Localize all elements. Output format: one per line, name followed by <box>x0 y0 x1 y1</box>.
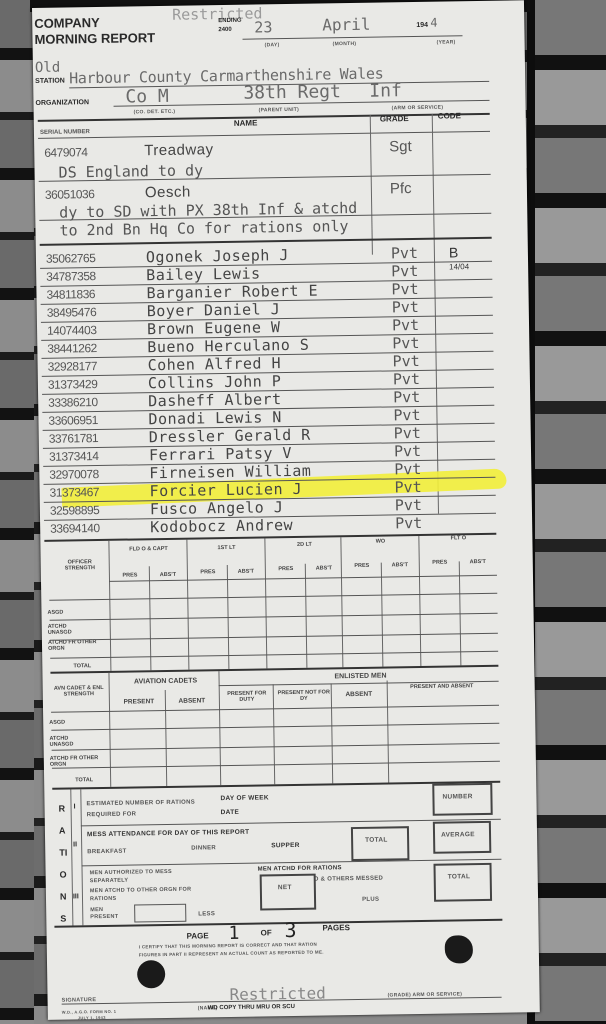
officer_strength-subcols-0: PRES <box>421 559 459 566</box>
officer_strength-subcols-1: ABS'T <box>459 559 497 566</box>
report-day: 23 <box>254 18 272 36</box>
roster-7-name: Collins John P <box>148 372 282 392</box>
of-label: OF <box>260 928 271 937</box>
parent-unit-caption: (PARENT UNIT) <box>259 107 300 114</box>
officer-group-header: 1ST LT <box>188 544 264 551</box>
roster-3-serial: 38495476 <box>47 305 97 320</box>
roster-8-grade: Pvt <box>393 388 420 406</box>
roster-6-name: Cohen Alfred H <box>147 354 281 374</box>
rations-net_box: NET <box>262 884 292 891</box>
soldier-grade: Pfc <box>390 180 412 197</box>
arm-value: Inf <box>369 80 402 102</box>
roster-7-grade: Pvt <box>393 370 420 388</box>
roster-10-grade: Pvt <box>394 424 421 442</box>
roster-8-name: Dasheff Albert <box>148 390 282 410</box>
page-label: PAGE <box>187 931 209 940</box>
roster-6-grade: Pvt <box>392 352 419 370</box>
pages-label: PAGES <box>322 923 350 932</box>
enlisted_strength-cols-5: PRESENT AND ABSENT <box>389 683 495 691</box>
roster-6-serial: 32928177 <box>48 359 98 374</box>
rations-average_box: AVERAGE <box>435 831 475 839</box>
roster-3-grade: Pvt <box>392 298 419 316</box>
roster-1-code: 14/04 <box>449 262 469 271</box>
enlisted_strength-cols-1: ABSENT <box>165 697 219 705</box>
enlisted_strength-cols-3: PRESENT NOT FOR DY <box>275 689 333 702</box>
enlisted_strength-rows-1: ATCHD UNASGD <box>49 735 89 748</box>
roster-13-serial: 31373467 <box>50 485 100 500</box>
enlisted-men-header: ENLISTED MEN <box>223 671 499 682</box>
form-date: JULY 1, 1943 <box>78 1015 106 1020</box>
total-box-2[interactable]: TOTAL <box>433 863 492 902</box>
rations-breakfast: BREAKFAST <box>87 849 126 856</box>
serial-number: 6479074 <box>44 145 87 160</box>
rations-side-label: RATIONS <box>58 798 68 930</box>
remark-entry: 6479074 Treadway Sgt <box>44 139 494 164</box>
officer_strength-subcols-1: ABS'T <box>305 565 343 572</box>
enlisted-strength-label: AVN CADET & ENL STRENGTH <box>51 685 107 698</box>
roster-4-serial: 14074403 <box>47 323 97 338</box>
enlisted_strength-rows-2: ATCHD FR OTHER ORGN <box>50 755 100 768</box>
net-box[interactable]: NET <box>260 874 317 911</box>
soldier-name: Oesch <box>145 184 191 202</box>
report-month: April <box>322 15 370 35</box>
rations-less: LESS <box>198 911 215 917</box>
officer_strength-subcols-1: ABS'T <box>149 572 187 579</box>
row-label-atchd-fr-other: ATCHD FR OTHER ORGN <box>48 639 98 652</box>
officer_strength-subcols-0: PRES <box>111 572 149 579</box>
year-caption: (YEAR) <box>437 39 456 45</box>
certification-text-2: FIGURES IN PART II REPRESENT AN ACTUAL C… <box>139 950 324 958</box>
grade-caption: (GRADE) ARM OR SERVICE) <box>388 991 463 998</box>
officer-group-header: WO <box>342 538 418 545</box>
page-total: 3 <box>284 918 296 942</box>
roster-14-grade: Pvt <box>395 496 422 514</box>
station-label: STATION <box>35 77 65 84</box>
rations-total_box: TOTAL <box>353 837 388 845</box>
enlisted_strength-rows-0: ASGD <box>49 719 89 726</box>
roster-14-name: Fusco Angelo J <box>150 498 284 518</box>
roster-4-grade: Pvt <box>392 316 419 334</box>
col-header-serial: SERIAL NUMBER <box>40 129 90 136</box>
wd-copy-note: WD COPY THRU MRU OR SCU <box>208 1004 295 1011</box>
enlisted_strength-cols-4: ABSENT <box>333 691 385 699</box>
roster-15-name: Kodobocz Andrew <box>150 516 293 536</box>
ending-time: 2400 <box>218 27 231 33</box>
officer_strength-subcols-0: PRES <box>343 563 381 570</box>
col-header-grade: GRADE <box>380 114 409 123</box>
day-of-week-label: DAY OF WEEK <box>220 794 269 802</box>
roster-11-name: Ferrari Patsy V <box>149 444 292 464</box>
form-title-company: COMPANY <box>34 15 100 31</box>
roster-2-grade: Pvt <box>391 280 418 298</box>
section-1-number: I <box>73 803 75 810</box>
roster-3-name: Boyer Daniel J <box>147 300 281 320</box>
roster-12-serial: 32970078 <box>49 467 99 482</box>
serial-number: 36051036 <box>45 187 95 202</box>
rations-total_box2: TOTAL <box>436 873 471 881</box>
date-label: DATE <box>221 809 240 816</box>
enlisted_strength-rows-3: TOTAL <box>64 777 104 784</box>
roster-5-grade: Pvt <box>392 334 419 352</box>
rations-number_box: NUMBER <box>434 793 472 801</box>
page-number: 1 <box>228 923 239 944</box>
punch-hole-right <box>445 935 473 963</box>
soldier-name: Treadway <box>144 141 214 159</box>
section-3-number: III <box>73 893 79 900</box>
roster-1-grade: Pvt <box>391 262 418 280</box>
roster-4-name: Brown Eugene W <box>147 318 281 338</box>
organization-label: ORGANIZATION <box>35 99 89 107</box>
officer_strength-subcols-1: ABS'T <box>227 568 265 575</box>
roster-0-grade: Pvt <box>391 244 418 262</box>
enlisted_strength-cols-0: PRESENT <box>113 698 165 706</box>
roster-0-serial: 35062765 <box>46 251 96 266</box>
col-header-name: NAME <box>234 118 258 127</box>
officer-group-header: 2D LT <box>266 541 342 548</box>
rations-men_auth: MEN AUTHORIZED TO MESS SEPARATELY <box>90 867 200 885</box>
roster-11-grade: Pvt <box>394 442 421 460</box>
punch-hole-left <box>137 960 165 988</box>
certification-text: I CERTIFY THAT THIS MORNING REPORT IS CO… <box>139 942 317 950</box>
year-prefix: 194 <box>416 22 428 29</box>
roster-14-serial: 32598895 <box>50 503 100 518</box>
roster-0-code: B <box>449 244 459 260</box>
mess-attendance-label: MESS ATTENDANCE FOR DAY OF THIS REPORT <box>87 829 249 839</box>
ending-label: ENDING <box>218 18 241 24</box>
year-suffix: 4 <box>430 16 437 30</box>
officer_strength-subcols-1: ABS'T <box>381 562 419 569</box>
section-2-number: II <box>73 841 77 848</box>
rations-supper: SUPPER <box>271 842 300 849</box>
film-background-left <box>0 0 34 1024</box>
month-caption: (MONTH) <box>333 41 357 47</box>
roster-5-serial: 38441262 <box>47 341 97 356</box>
estimated-rations-label: ESTIMATED NUMBER OF RATIONS REQUIRED FOR <box>86 797 206 821</box>
number-box[interactable]: NUMBER <box>432 783 492 816</box>
roster-1-name: Bailey Lewis <box>146 264 261 284</box>
roster-15-serial: 33694140 <box>50 521 100 536</box>
total-box[interactable]: TOTAL <box>351 826 410 861</box>
morning-report-form: COMPANY MORNING REPORT Restricted ENDING… <box>32 0 540 1020</box>
roster-8-serial: 33386210 <box>48 395 98 410</box>
roster-15-grade: Pvt <box>395 514 422 532</box>
roster-0-name: Ogonek Joseph J <box>146 246 289 266</box>
row-label-total: TOTAL <box>62 663 102 670</box>
rations-men_present: MEN PRESENT <box>90 907 130 922</box>
col-header-code: CODE <box>438 111 461 120</box>
roster-2-serial: 34811836 <box>46 287 95 302</box>
arm-caption: (ARM OR SERVICE) <box>392 105 444 112</box>
roster-10-serial: 33761781 <box>49 431 99 446</box>
roster-9-grade: Pvt <box>393 406 420 424</box>
average-box[interactable]: AVERAGE <box>433 821 491 854</box>
rations-men_atchd_for: MEN ATCHD FOR RATIONS <box>258 865 342 872</box>
rations-men_atchd_other: MEN ATCHD TO OTHER ORGN FOR RATIONS <box>90 885 200 903</box>
aviation-cadets-header: AVIATION CADETS <box>113 677 219 686</box>
officer-group-header: FLT O <box>420 535 496 542</box>
station-prefix: Old <box>35 60 61 76</box>
row-label-atchd-unasgd: ATCHD UNASGD <box>48 623 88 636</box>
organization-caption: (CO. DET. ETC.) <box>134 109 176 116</box>
roster-9-serial: 33606951 <box>48 413 98 428</box>
roster-7-serial: 31373429 <box>48 377 98 392</box>
roster-13-name: Forcier Lucien J <box>149 480 302 500</box>
officer_strength-subcols-0: PRES <box>189 569 227 576</box>
remark-note-2: to 2nd Bn Hq Co for rations only <box>59 217 348 240</box>
film-background-right <box>527 0 606 1024</box>
parent-unit-value: 38th Regt <box>243 81 341 104</box>
restricted-stamp-bottom: Restricted <box>229 984 326 1005</box>
rations-others_messed: O & OTHERS MESSED <box>314 874 394 883</box>
form-title-morning-report: MORNING REPORT <box>34 30 155 47</box>
roster-1-serial: 34787358 <box>46 269 96 284</box>
day-caption: (DAY) <box>265 42 280 48</box>
officer-group-header: FLD O & CAPT <box>110 546 186 553</box>
men-present-field[interactable] <box>134 904 186 923</box>
roster-11-serial: 31373414 <box>49 449 99 464</box>
row-label-asgd: ASGD <box>47 609 87 616</box>
form-number: W.D., A.G.O. FORM NO. 1 <box>62 1009 117 1015</box>
enlisted_strength-cols-2: PRESENT FOR DUTY <box>221 690 273 703</box>
soldier-grade: Sgt <box>389 138 412 155</box>
rations-dinner: DINNER <box>191 845 216 851</box>
officer-strength-label: OFFICER STRENGTH <box>55 559 105 572</box>
roster-9-name: Donadi Lewis N <box>148 408 282 428</box>
officer_strength-subcols-0: PRES <box>267 566 305 573</box>
roster-12-grade: Pvt <box>394 460 421 478</box>
rations-plus: PLUS <box>362 897 379 903</box>
roster-13-grade: Pvt <box>394 478 421 496</box>
